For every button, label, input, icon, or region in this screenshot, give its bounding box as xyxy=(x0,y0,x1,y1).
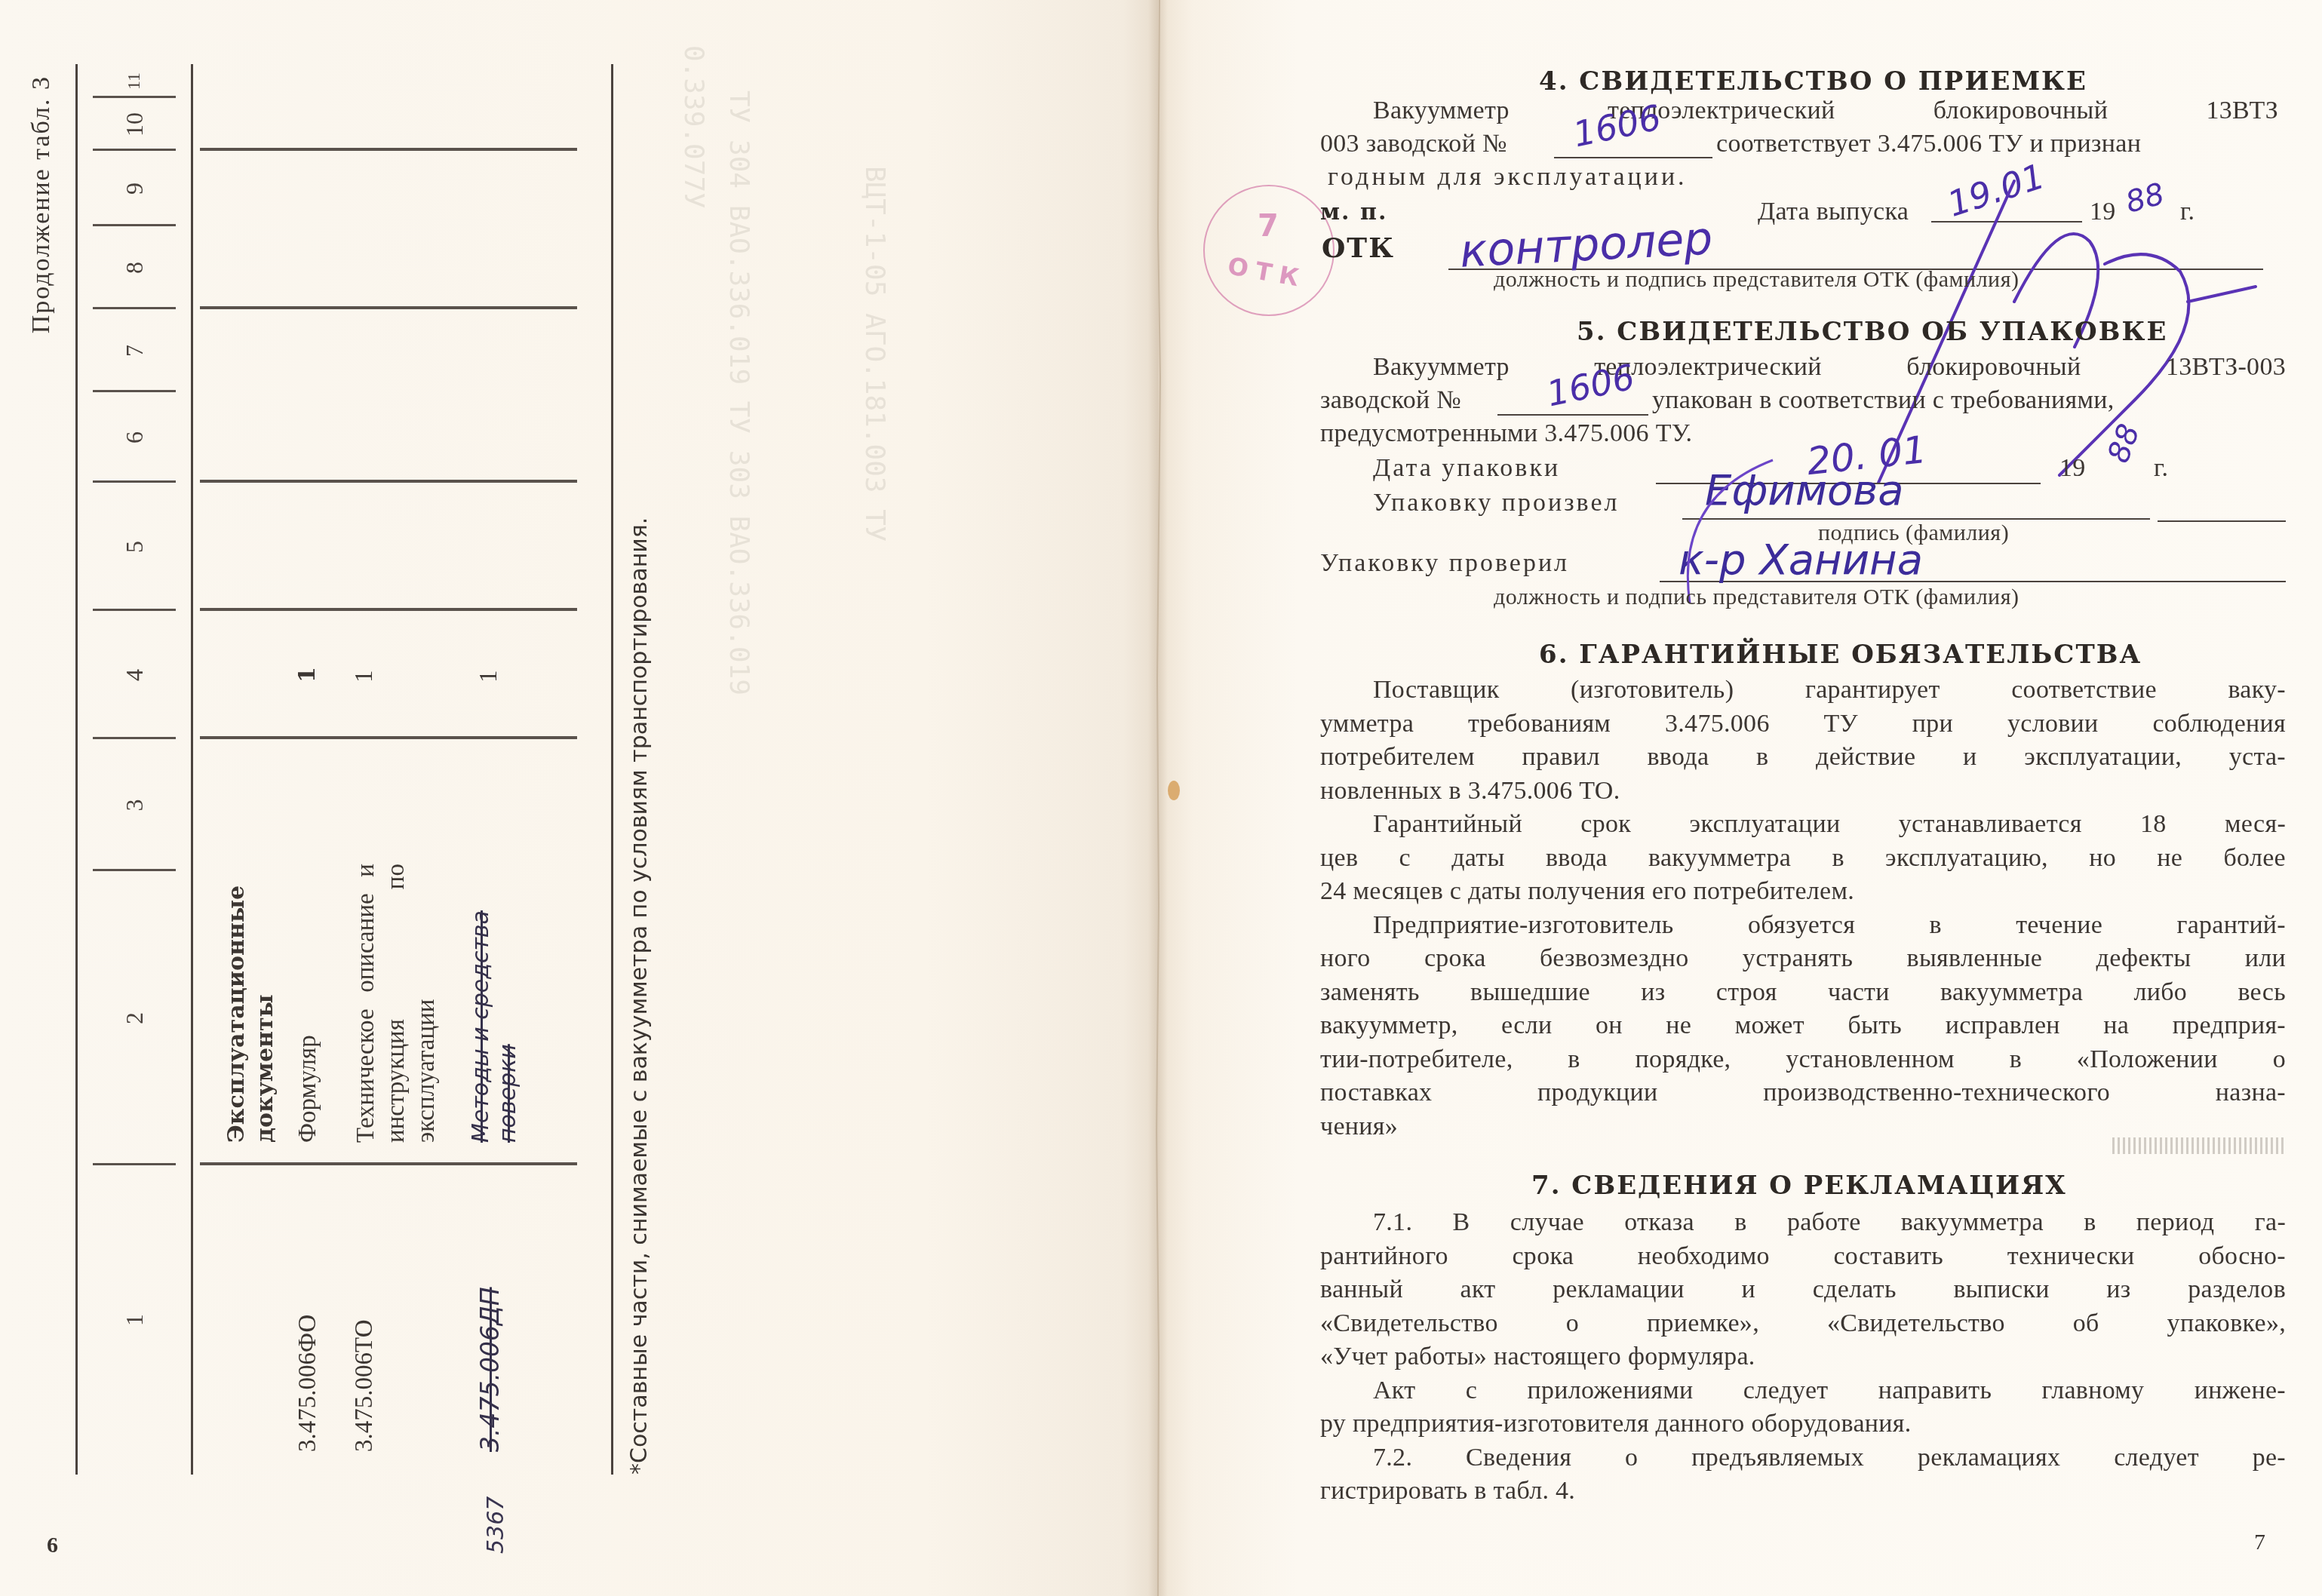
text-line: тии-потребителе, в порядке, установленно… xyxy=(1320,1045,2286,1074)
section-heading: Эксплуатационные документы xyxy=(223,871,280,1143)
column-number: 10 xyxy=(78,98,191,151)
text-line: заводской № xyxy=(1320,386,1461,415)
name-cell: Формуляр xyxy=(294,1035,322,1143)
text-line: «Учет работы» настоящего формуляра. xyxy=(1320,1343,1755,1371)
column-number: 4 xyxy=(78,611,191,739)
column-number: 5 xyxy=(78,483,191,611)
checked-by-caption: должность и подпись представителя ОТК (ф… xyxy=(1494,585,2019,610)
page-tear-line xyxy=(1154,0,1165,1596)
text-line: упакован в соответствии с требованиями, xyxy=(1652,386,2115,415)
text-line: Предприятие-изготовитель обязуется в теч… xyxy=(1373,911,2286,940)
designation-cell: 3.475.006ДП xyxy=(475,1287,505,1452)
text-line: 7.1. В случае отказа в работе вакуумметр… xyxy=(1373,1208,2286,1237)
text-line: потребителем правил ввода в действие и э… xyxy=(1320,743,2286,772)
serial-blank xyxy=(1554,157,1712,158)
text-line: 7.2. Сведения о предъявляемых рекламация… xyxy=(1373,1444,2286,1472)
text-line: Акт с приложениями следует направить гла… xyxy=(1373,1377,2286,1405)
name-cell: Методы и средства поверки xyxy=(468,871,522,1143)
table-body: Эксплуатационные документы 3.475.006ФО Ф… xyxy=(189,64,613,1475)
components-table: 1 2 3 4 5 6 7 8 9 xyxy=(75,41,619,1475)
text-line: ванный акт рекламации и сделать выписки … xyxy=(1320,1275,2286,1304)
column-rule xyxy=(200,736,577,739)
text-line: вакуумметр, если он не может быть исправ… xyxy=(1320,1011,2286,1040)
text-line: ру предприятия-изготовителя данного обор… xyxy=(1320,1410,1912,1438)
column-number: 7 xyxy=(78,309,191,392)
serial-blank xyxy=(1497,414,1648,416)
text-line: Вакуумметр теплоэлектрический блокировоч… xyxy=(1373,353,2286,382)
signature-caption: должность и подпись представителя ОТК (ф… xyxy=(1494,267,2019,293)
otk-label: ОТК xyxy=(1322,232,1395,264)
text-line: поставках продукции производственно-техн… xyxy=(1320,1079,2286,1107)
document-spread: ТУ 304 ВАО.336.019 ТУ 303 ВАО.336.019 ВЦ… xyxy=(0,0,2322,1596)
column-number: 1 xyxy=(78,1165,191,1475)
otk-stamp: 7 ОТК xyxy=(1203,185,1335,316)
text-line: ного срока безвозмездно устранять выявле… xyxy=(1320,944,2286,973)
year-suffix: г. xyxy=(2154,454,2168,483)
text-line: 003 заводской № xyxy=(1320,130,1507,158)
stamp-label: ОТК xyxy=(1225,251,1308,293)
text-line: цев с даты ввода вакуумметра в эксплуата… xyxy=(1320,844,2286,873)
column-number: 8 xyxy=(78,226,191,309)
text-line: новленных в 3.475.006 ТО. xyxy=(1320,777,1620,806)
section-title: 5. СВИДЕТЕЛЬСТВО ОБ УПАКОВКЕ xyxy=(1577,317,2167,347)
text-line: чения» xyxy=(1320,1113,1398,1141)
text-line: умметра требованиям 3.475.006 ТУ при усл… xyxy=(1320,710,2286,738)
left-page: ТУ 304 ВАО.336.019 ТУ 303 ВАО.336.019 ВЦ… xyxy=(0,0,1158,1596)
stamp-number: 7 xyxy=(1258,209,1279,244)
text-line: гистрировать в табл. 4. xyxy=(1320,1477,1575,1505)
rotated-table-container: Продолжение табл. 3 1 2 3 4 5 6 7 xyxy=(23,38,581,1509)
pack-date-label: Дата упаковки xyxy=(1373,454,1560,483)
section-title: 6. ГАРАНТИЙНЫЕ ОБЯЗАТЕЛЬСТВА xyxy=(1539,640,2142,670)
qty-cell: 1 xyxy=(351,671,379,683)
text-line: заменять вышедшие из строя части вакуумм… xyxy=(1320,978,2286,1007)
text-line: рантийного срока необходимо составить те… xyxy=(1320,1242,2286,1271)
bleed-through-text: ТУ 304 ВАО.336.019 ТУ 303 ВАО.336.019 xyxy=(723,91,754,695)
text-line: годным для эксплуатации. xyxy=(1328,163,1688,192)
column-rule xyxy=(200,306,577,309)
table-footnote: *Составные части, снимаемые с вакуумметр… xyxy=(626,517,653,1475)
column-number: 3 xyxy=(78,739,191,871)
text-line: «Свидетельство о приемке», «Свидетельств… xyxy=(1320,1309,2286,1338)
designation-cell: 3.475.006ТО xyxy=(351,1319,379,1452)
text-line: Гарантийный срок эксплуатации устанавлив… xyxy=(1373,810,2286,839)
checked-by-label: Упаковку проверил xyxy=(1320,549,1569,578)
qty-cell: 1 xyxy=(294,667,321,683)
ink-smudge xyxy=(2112,1137,2286,1154)
page-number-right: 7 xyxy=(2254,1530,2265,1555)
text-line: Вакуумметр теплоэлектрический блокировоч… xyxy=(1373,97,2278,125)
section-title: 4. СВИДЕТЕЛЬСТВО О ПРИЕМКЕ xyxy=(1539,66,2087,97)
designation-cell: 3.475.006ФО xyxy=(294,1315,322,1452)
handwritten-note: 5367 xyxy=(483,1496,509,1554)
column-rule xyxy=(200,1162,577,1165)
year-prefix: 19 xyxy=(2059,454,2086,483)
stain xyxy=(1168,781,1180,800)
bleed-through-text: ВЦТ-1-05 АГО.181.003 ТУ xyxy=(859,166,890,542)
column-number: 9 xyxy=(78,151,191,226)
column-rule xyxy=(200,608,577,611)
qty-cell: 1 xyxy=(475,671,503,683)
column-rule xyxy=(200,480,577,483)
column-number: 2 xyxy=(78,871,191,1165)
bleed-through-text: 0.339.077У xyxy=(678,45,709,209)
column-number: 6 xyxy=(78,392,191,483)
column-rule xyxy=(200,148,577,151)
text-line: Поставщик (изготовитель) гарантирует соо… xyxy=(1373,676,2286,704)
packed-by-label: Упаковку произвел xyxy=(1373,489,1620,517)
text-line: 24 месяцев с даты получения его потребит… xyxy=(1320,877,1854,906)
table-title: Продолжение табл. 3 xyxy=(27,75,56,333)
mp-label: м. п. xyxy=(1320,199,1387,226)
table-header: 1 2 3 4 5 6 7 8 9 xyxy=(75,64,193,1475)
packed-by-blank-2 xyxy=(2158,520,2286,522)
text-line: предусмотренными 3.475.006 ТУ. xyxy=(1320,419,1692,448)
column-number: 11 xyxy=(78,64,191,98)
page-number-left: 6 xyxy=(47,1533,58,1558)
section-title: 7. СВЕДЕНИЯ О РЕКЛАМАЦИЯХ xyxy=(1531,1171,2067,1201)
name-cell: Техническое описание и инструкция по экс… xyxy=(351,864,441,1143)
